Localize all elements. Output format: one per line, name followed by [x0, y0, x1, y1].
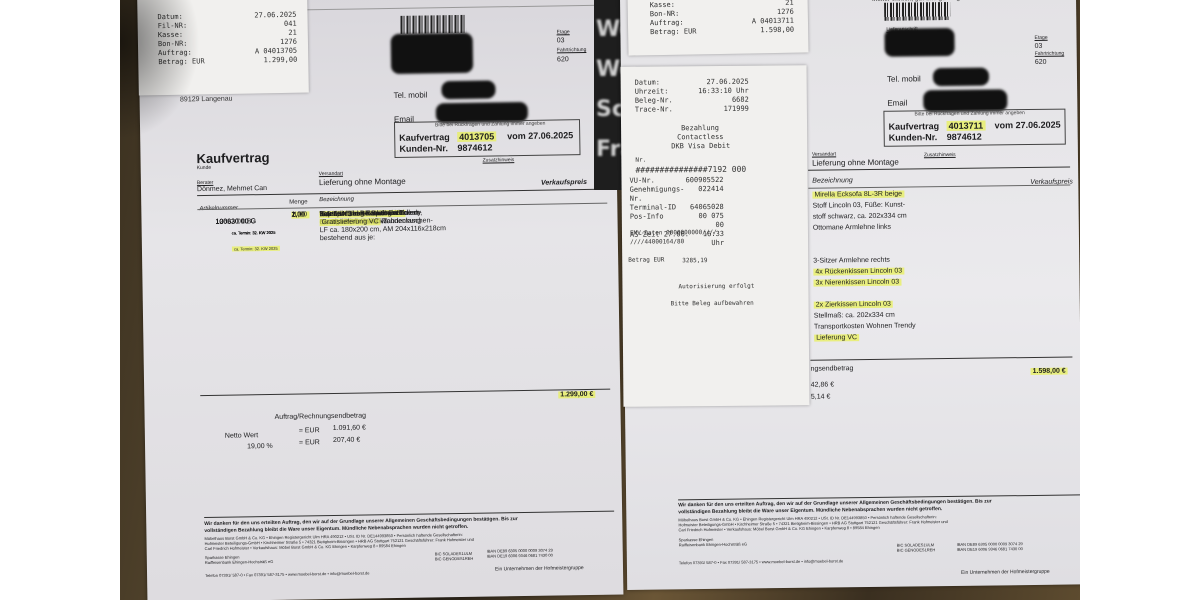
etage-label: Etage	[557, 29, 570, 35]
delivery-date: ca. Termin: 32. KW 2025	[232, 230, 276, 236]
group-line: Ein Unternehmen der Hofmeistergruppe	[961, 569, 1050, 576]
zusatzhinweis-label: Zusatzhinweis	[924, 152, 956, 158]
contact-line: Telefon 07391/ 587-0 • Fax 07391/ 587-31…	[679, 558, 843, 565]
amount-label: Betrag EUR	[628, 256, 664, 263]
tel-label: Tel. mobil	[887, 74, 921, 83]
receipt-rows: Datum:27.06.2025Uhrzeit:16:33:10 UhrBele…	[635, 78, 755, 115]
berater-name: Dönmez, Mehmet Can	[197, 185, 267, 193]
description-line: Mirella Ecksofa 8L-3R beige	[812, 191, 904, 199]
redacted-address	[391, 33, 474, 74]
receipt-value: 171999	[697, 105, 755, 115]
kunden-number: 9874612	[947, 132, 982, 142]
description-line: 3-Sitzer Armlehne rechts	[813, 257, 890, 265]
receipt-key: Trace-Nr.	[635, 105, 697, 115]
receipt-key: Pos-Info	[630, 212, 692, 231]
redacted-phone	[441, 80, 495, 99]
versandart-value: Lieferung ohne Montage	[812, 158, 899, 168]
receipt-key: Genehmigungs-Nr.	[630, 185, 692, 204]
kaufvertrag-label: Kaufvertrag	[399, 132, 450, 143]
footer-legal-3: Carl Friedrich Hofmeister • Verkaufshaus…	[678, 525, 879, 532]
receipt-row: Genehmigungs-Nr.022414	[630, 185, 730, 204]
iban-2: IBAN DE19 6006 9346 0681 7430 00	[957, 546, 1023, 552]
card-nr-label: Nr.	[635, 157, 646, 164]
contract-date: vom 27.06.2025	[995, 120, 1061, 131]
description-line: 4x Rückenkissen Lincoln 03	[813, 268, 904, 276]
receipt-value: 600905522	[686, 176, 730, 185]
description-line: Stoff Lincoln 03, Füße: Kunst-	[813, 202, 906, 210]
kaufvertrag-number: 4013711	[947, 121, 986, 131]
card-number: ###############7192 000	[635, 165, 746, 175]
description-line: Lieferung VC	[814, 334, 859, 342]
netto-label: Netto Wert	[225, 432, 258, 440]
receipt-rows: Kasse:21Bon-NR:1276Auftrag:A 04013711Bet…	[650, 0, 801, 37]
document-title: Kaufvertrag	[196, 150, 269, 166]
receipt-key: VU-Nr.	[629, 176, 685, 185]
versandart-label: Versandart	[812, 151, 836, 157]
line-items: 100630 00 G1,00SO Fairfield Boxspringbet…	[197, 206, 620, 393]
receipt-value: 1.598,00	[712, 26, 800, 37]
line-items: Mirella Ecksofa 8L-3R beigeStoff Lincoln…	[812, 189, 1062, 192]
netto-value: 42,86 €	[811, 381, 834, 388]
mwst-value: 207,40 €	[333, 437, 360, 444]
payment-heading: Bezahlung	[681, 124, 719, 132]
total-amount: 1.598,00 €	[1031, 368, 1068, 375]
slogan: immer ehrlich, gut und günstig!	[428, 0, 518, 1]
mwst-currency: = EUR	[299, 439, 320, 446]
total-amount: 1.299,00 €	[558, 391, 595, 399]
col-bezeichnung: Bezeichnung	[812, 177, 853, 184]
receipt-value: 1.299,00	[220, 56, 303, 66]
shadow	[120, 0, 200, 140]
delivery-date: ca. Termin: 32. KW 2025	[232, 246, 280, 252]
versandart-value: Lieferung ohne Montage	[319, 177, 406, 187]
box-note: Bitte bei Rückfragen und Zahlung immer a…	[435, 121, 545, 129]
description-line: 2x Zierkissen Lincoln 03	[814, 301, 893, 309]
bic-2: BIC GENODES1REH	[897, 547, 936, 552]
fahrtrichtung-label: Fahrtrichtung	[1035, 51, 1065, 57]
receipt-key: Betrag: EUR	[650, 27, 712, 37]
group-line: Ein Unternehmen der Hofmeistergruppe	[495, 565, 584, 572]
card-type: DKB Visa Debit	[671, 142, 730, 151]
keep-receipt-note: Bitte Beleg aufbewahren	[671, 300, 754, 308]
mwst-value: 5,14 €	[811, 393, 831, 400]
tel-label: Tel. mobil	[393, 90, 427, 100]
netto-currency: = EUR	[299, 427, 320, 434]
iban-2: IBAN DE19 6006 9346 0681 7430 00	[487, 553, 553, 559]
redacted-address	[884, 28, 954, 57]
fahrtrichtung-value: 620	[557, 56, 569, 63]
description-line: Gratislieferung VC	[319, 218, 380, 226]
divider	[810, 356, 1072, 360]
description-line: LF ca. 180x200 cm, AM 204x116x218cm	[320, 225, 446, 234]
contact-line: Telefon 07391/ 587-0 • Fax 07391/ 587-31…	[205, 570, 369, 578]
contract-number-box: Bitte bei Rückfragen und Zahlung immer a…	[394, 119, 581, 158]
versandart-label: Versandart	[319, 171, 343, 177]
mwst-rate: 19,00 %	[247, 443, 273, 450]
receipt-row: Pos-Info00 075 00	[630, 212, 730, 231]
quantity: 1,00	[291, 211, 305, 218]
description-line: Transportkosten Wohnen Trendy	[814, 322, 916, 330]
box-note: Bitte bei Rückfragen und Zahlung immer a…	[914, 110, 1024, 117]
divider	[808, 185, 1070, 189]
emv-data-2: ////44000164/80	[630, 238, 684, 245]
description-line: 3x Nierenkissen Lincoln 03	[813, 279, 901, 287]
fahrtrichtung-value: 620	[1035, 59, 1047, 66]
bank-2: Raiffeisenbank Ehingen-Hochsträß eG	[679, 541, 747, 547]
contract-number-box: Bitte bei Rückfragen und Zahlung immer a…	[883, 109, 1065, 147]
etage-value: 03	[557, 37, 565, 44]
receipt-right-top: Kasse:21Bon-NR:1276Auftrag:A 04013711Bet…	[627, 0, 808, 56]
receipt-row: Trace-Nr.171999	[635, 105, 755, 115]
receipt-row: Betrag: EUR1.598,00	[650, 26, 800, 38]
article-number: 12622 01 B	[215, 218, 251, 226]
col-verkaufspreis: Verkaufspreis	[541, 179, 587, 187]
summary-title: ngsendbetrag	[811, 365, 854, 373]
description-line: Stellmaß: ca. 202x334 cm	[814, 312, 895, 320]
redacted-phone	[933, 67, 989, 86]
receipt-value: 022414	[692, 185, 730, 203]
contract-date: vom 27.06.2025	[507, 130, 573, 141]
description-line: stoff schwarz, ca. 202x334 cm	[813, 213, 907, 221]
email-label: Email	[887, 98, 907, 107]
summary-title: Auftrag/Rechnungsendbetrag	[275, 412, 367, 420]
fahrtrichtung-label: Fahrtrichtung	[557, 47, 587, 53]
emv-data-1: EMV-Daten 0000000000////	[630, 229, 717, 237]
bic-2: BIC GENODES1REH	[435, 556, 474, 562]
receipt-value: 00 075 00	[692, 212, 730, 230]
description-line: bestehend aus je:	[320, 234, 375, 242]
barcode	[400, 15, 466, 34]
card-payment-receipt: Datum:27.06.2025Uhrzeit:16:33:10 UhrBele…	[621, 65, 810, 407]
zusatzhinweis-label: Zusatzhinweis	[483, 157, 515, 163]
amount-value: 3285,19	[682, 257, 707, 264]
kunden-number: 9874612	[457, 142, 492, 153]
authorization-status: Autorisierung erfolgt	[678, 283, 754, 291]
payment-method: Contactless	[677, 133, 723, 141]
netto-value: 1.091,60 €	[333, 424, 366, 432]
kaufvertrag-label: Kaufvertrag	[889, 121, 940, 132]
receipt-value: 64065028	[690, 203, 730, 212]
kaufvertrag-number: 4013705	[457, 131, 496, 142]
col-menge: Menge	[289, 199, 307, 205]
etage-value: 03	[1035, 43, 1043, 50]
col-bezeichnung: Bezeichnung	[319, 197, 354, 204]
bank-2: Raiffeisenbank Ehingen-Hochsträß eG	[205, 559, 273, 565]
kunde-label: Kunde	[197, 165, 212, 171]
kunden-label: Kunden-Nr.	[399, 143, 448, 154]
document-photo: immer ehrlich, gut und günstig! Etage 03…	[120, 0, 1080, 600]
description-line: Ottomane Armlehne links	[813, 224, 891, 232]
barcode	[884, 2, 950, 21]
etage-label: Etage	[1034, 35, 1047, 41]
kunden-label: Kunden-Nr.	[889, 132, 938, 143]
